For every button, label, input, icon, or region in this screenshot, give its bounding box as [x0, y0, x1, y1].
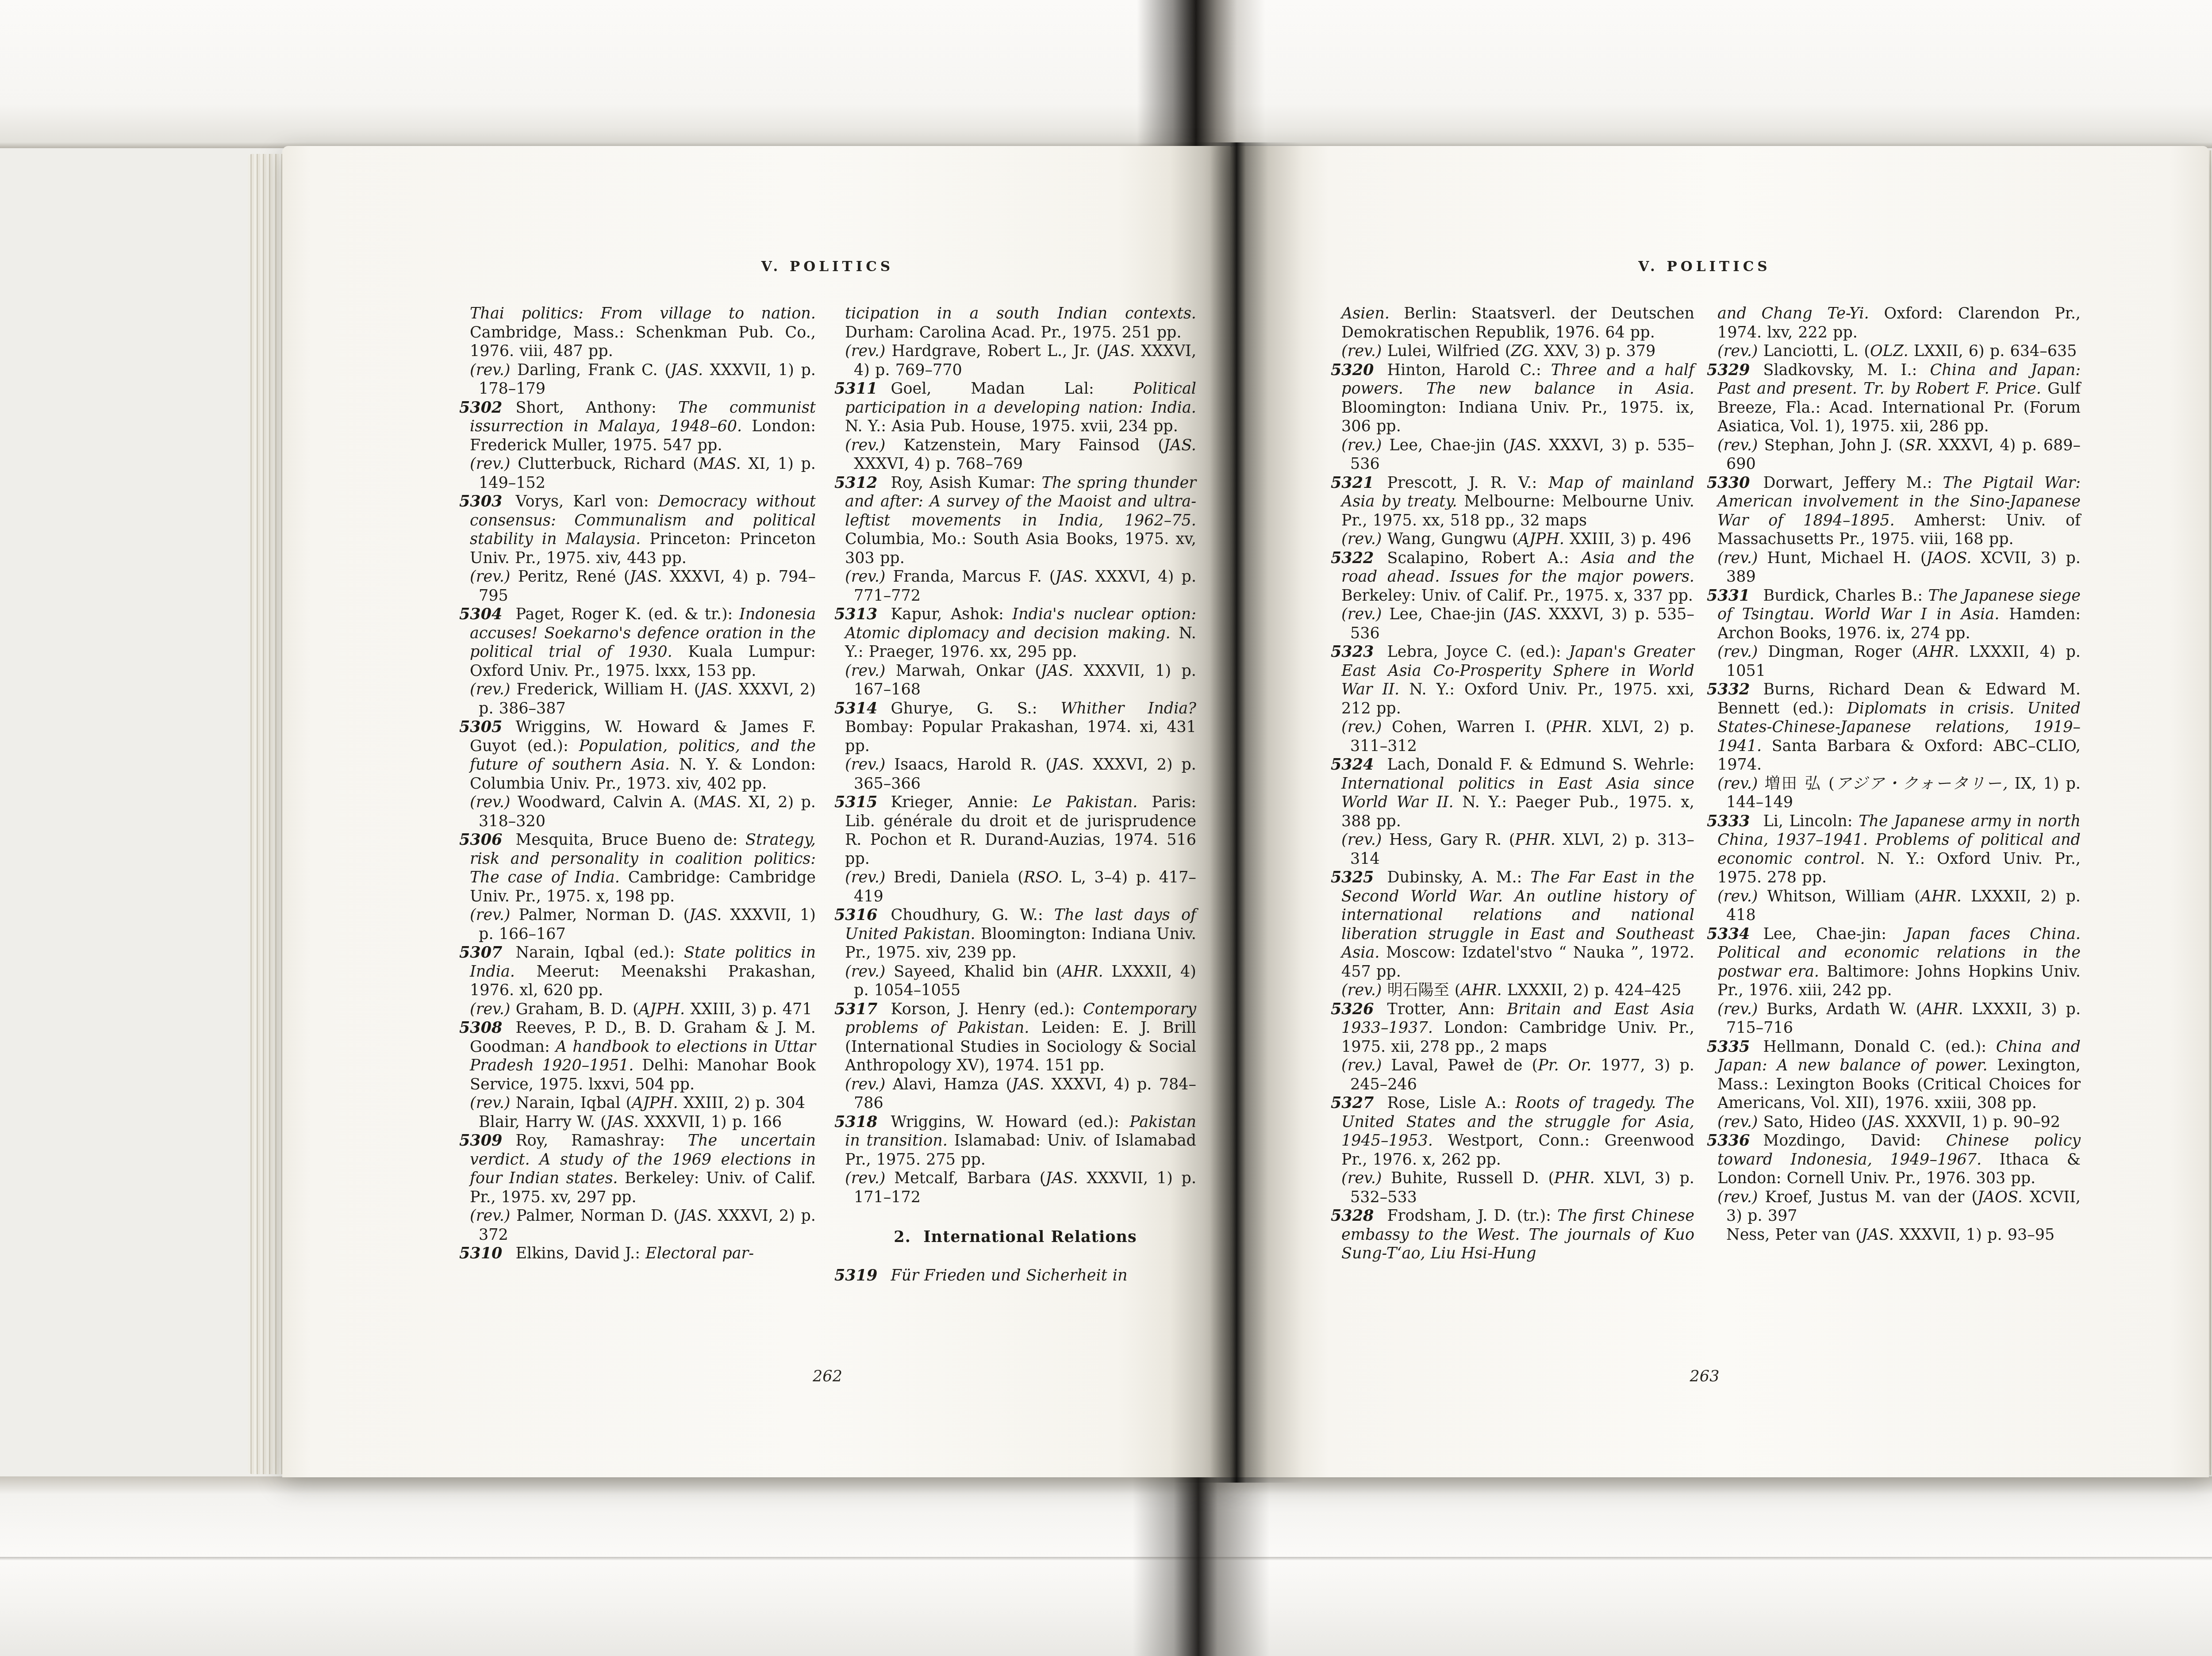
entry-continuation: Asien. Berlin: Staatsverl. der Deutschen…: [1331, 304, 1694, 342]
text-run: Thai politics: From village to nation.: [470, 305, 816, 322]
entry-number: 5332: [1707, 680, 1750, 698]
entry-number: 5336: [1707, 1131, 1750, 1150]
bib-entry: 5318Wriggins, W. Howard (ed.): Pakistan …: [834, 1113, 1196, 1169]
text-run: SR.: [1905, 437, 1932, 454]
bib-entry: 5329Sladkovsky, M. I.: China and Japan: …: [1707, 361, 2081, 436]
text-run: Burks, Ardath W. (: [1758, 1000, 1922, 1018]
right-page: V. POLITICS Asien. Berlin: Staatsverl. d…: [1231, 146, 2209, 1477]
review-line: (rev.) Lee, Chae-jin (JAS. XXXVI, 3) p. …: [1331, 605, 1694, 643]
text-run: JAS.: [1102, 342, 1135, 360]
entry-number: 5323: [1331, 643, 1374, 661]
review-line: (rev.) Darling, Frank C. (JAS. XXXVII, 1…: [459, 361, 816, 399]
review-line: (rev.) Bredi, Daniela (RSO. L, 3–4) p. 4…: [834, 868, 1196, 906]
review-line: (rev.) 明石陽至 (AHR. LXXXII, 2) p. 424–425: [1331, 981, 1694, 1000]
text-run: Kapur, Ashok:: [891, 606, 1012, 623]
review-line: (rev.) Palmer, Norman D. (JAS. XXXVII, 1…: [459, 906, 816, 943]
bib-entry: 5316Choudhury, G. W.: The last days of U…: [834, 906, 1196, 962]
bib-entry: 5327Rose, Lisle A.: Roots of tragedy. Th…: [1331, 1094, 1694, 1169]
text-run: (rev.): [1341, 606, 1382, 623]
text-run: AHR.: [1922, 1000, 1963, 1018]
text-run: Columbia, Mo.: South Asia Books, 1975. x…: [845, 530, 1196, 567]
text-run: Cambridge, Mass.: Schenkman Pub. Co., 19…: [470, 324, 816, 360]
text-run: XXV, 3) p. 379: [1538, 342, 1655, 360]
bib-entry: 5314Ghurye, G. S.: Whither India? Bombay…: [834, 699, 1196, 756]
text-run: XXXVII, 1) p. 93–95: [1894, 1226, 2055, 1244]
text-run: Short, Anthony:: [515, 399, 678, 417]
review-line: Blair, Harry W. (JAS. XXXVII, 1) p. 166: [459, 1113, 816, 1132]
text-run: 明石陽至 (: [1382, 981, 1461, 999]
text-run: Burdick, Charles B.:: [1763, 587, 1928, 605]
review-line: Ness, Peter van (JAS. XXXVII, 1) p. 93–9…: [1707, 1226, 2081, 1245]
text-run: AHR.: [1918, 643, 1959, 661]
text-run: (rev.): [470, 1207, 511, 1225]
text-run: Asien.: [1341, 305, 1390, 322]
bib-entry: 5322Scalapino, Robert A.: Asia and the r…: [1331, 549, 1694, 606]
entry-number: 5309: [459, 1131, 502, 1150]
page-number-left: 262: [459, 1368, 1196, 1385]
review-line: (rev.) Hunt, Michael H. (JAOS. XCVII, 3)…: [1707, 549, 2081, 586]
entry-number: 5333: [1707, 812, 1750, 830]
text-run: JAS.: [700, 681, 733, 698]
text-run: Electoral par-: [645, 1245, 754, 1262]
entry-number: 5313: [834, 605, 877, 623]
text-run: Meerut: Meenakshi Prakashan, 1976. xl, 6…: [470, 963, 816, 1000]
review-line: (rev.) Graham, B. D. (AJPH. XXIII, 3) p.…: [459, 1000, 816, 1019]
review-line: (rev.) Isaacs, Harold R. (JAS. XXXVI, 2)…: [834, 755, 1196, 793]
text-run: (rev.): [1717, 342, 1758, 360]
text-run: RSO.: [1024, 869, 1063, 886]
review-line: (rev.) Wang, Gungwu (AJPH. XXIII, 3) p. …: [1331, 530, 1694, 549]
text-run: AJPH.: [632, 1094, 678, 1112]
text-run: Blair, Harry W. (: [479, 1113, 607, 1131]
text-run: JAS.: [1862, 1226, 1894, 1244]
page-stack-edge-left: [248, 154, 284, 1474]
text-run: Goel, Madan Lal:: [891, 380, 1133, 398]
text-run: Clutterbuck, Richard (: [511, 455, 699, 473]
text-run: Dorwart, Jeffery M.:: [1763, 474, 1943, 492]
text-run: Franda, Marcus F. (: [886, 568, 1056, 586]
text-run: Woodward, Calvin A. (: [511, 793, 699, 811]
entry-number: 5318: [834, 1113, 877, 1131]
text-run: JAS.: [671, 361, 703, 379]
book-top-edge: [0, 0, 2212, 148]
text-run: Ghurye, G. S.:: [891, 700, 1060, 717]
text-run: ZG.: [1511, 342, 1538, 360]
text-run: (rev.): [845, 1169, 886, 1187]
text-run: (rev.): [1341, 1057, 1382, 1074]
text-run: Moscow: Izdatel'stvo “ Nauka ”, 1972. 45…: [1341, 944, 1694, 981]
bib-entry: 5335Hellmann, Donald C. (ed.): China and…: [1707, 1038, 2081, 1113]
text-run: XXXVII, 1) p. 90–92: [1900, 1113, 2060, 1131]
review-line: (rev.) Cohen, Warren I. (PHR. XLVI, 2) p…: [1331, 718, 1694, 755]
text-run: (rev.): [1341, 530, 1382, 548]
review-line: (rev.) Narain, Iqbal (AJPH. XXIII, 2) p.…: [459, 1094, 816, 1113]
review-line: (rev.) Metcalf, Barbara (JAS. XXXVII, 1)…: [834, 1169, 1196, 1207]
text-run: Metcalf, Barbara (: [886, 1169, 1046, 1187]
entry-number: 5331: [1707, 586, 1750, 605]
text-run: JAS.: [1509, 606, 1541, 623]
text-run: (rev.): [1717, 1113, 1758, 1131]
text-run: PHR.: [1551, 718, 1592, 736]
text-run: Lebra, Joyce C. (ed.):: [1387, 643, 1569, 661]
bib-entry: 5311Goel, Madan Lal: Political participa…: [834, 379, 1196, 436]
text-run: Berkeley: Univ. of Calif. Pr., 1975. x, …: [1341, 587, 1693, 605]
bib-entry: 5320Hinton, Harold C.: Three and a half …: [1331, 361, 1694, 436]
entry-number: 5330: [1707, 474, 1750, 492]
page-number-right: 263: [1331, 1368, 2078, 1385]
book-scan: V. POLITICS Thai politics: From village …: [0, 0, 2212, 1656]
review-line: (rev.) Woodward, Calvin A. (MAS. XI, 2) …: [459, 793, 816, 831]
text-run: (rev.): [1717, 643, 1758, 661]
bib-entry: 5312Roy, Asish Kumar: The spring thunder…: [834, 474, 1196, 568]
text-run: Bredi, Daniela (: [886, 869, 1024, 886]
review-line: (rev.) Dingman, Roger (AHR. LXXXII, 4) p…: [1707, 643, 2081, 680]
text-run: AJPH.: [1518, 530, 1564, 548]
review-line: (rev.) Clutterbuck, Richard (MAS. XI, 1)…: [459, 455, 816, 492]
text-run: (rev.): [845, 1076, 886, 1093]
bib-entry: 5303Vorys, Karl von: Democracy without c…: [459, 492, 816, 567]
text-run: Lanciotti, L. (: [1758, 342, 1870, 360]
text-run: JAS.: [1055, 568, 1087, 586]
text-run: LXXII, 6) p. 634–635: [1909, 342, 2077, 360]
section-heading: 2. International Relations: [834, 1228, 1196, 1247]
review-line: (rev.) Palmer, Norman D. (JAS. XXXVI, 2)…: [459, 1207, 816, 1244]
text-run: Katzenstein, Mary Fainsod (: [886, 437, 1164, 454]
entry-number: 5335: [1707, 1038, 1750, 1056]
text-run: Sato, Hideo (: [1758, 1113, 1867, 1131]
review-line: (rev.) Alavi, Hamza (JAS. XXXVI, 4) p. 7…: [834, 1075, 1196, 1113]
bib-entry: 5304Paget, Roger K. (ed. & tr.): Indones…: [459, 605, 816, 680]
text-run: Korson, J. Henry (ed.):: [891, 1000, 1083, 1018]
text-run: Lee, Chae-jin:: [1763, 925, 1905, 943]
text-run: Graham, B. D. (: [511, 1000, 639, 1018]
text-run: JAS.: [1509, 437, 1541, 454]
review-line: (rev.) Sayeed, Khalid bin (AHR. LXXXII, …: [834, 962, 1196, 1000]
text-run: Dingman, Roger (: [1758, 643, 1918, 661]
text-run: (rev.): [1341, 437, 1382, 454]
text-run: (rev.): [470, 361, 511, 379]
review-line: (rev.) Stephan, John J. (SR. XXXVI, 4) p…: [1707, 436, 2081, 474]
text-run: JAS.: [680, 1207, 712, 1225]
text-run: Trotter, Ann:: [1387, 1000, 1507, 1018]
text-run: (rev.): [845, 662, 886, 680]
review-line: (rev.) Sato, Hideo (JAS. XXXVII, 1) p. 9…: [1707, 1113, 2081, 1132]
entry-number: 5314: [834, 699, 877, 717]
text-run: JAOS.: [1926, 549, 1971, 567]
bib-entry: 5325Dubinsky, A. M.: The Far East in the…: [1331, 868, 1694, 981]
text-run: LXXXII, 2) p. 424–425: [1502, 981, 1682, 999]
left-page-column-2: ticipation in a south Indian contexts. D…: [834, 304, 1196, 1285]
right-page-column-2: and Chang Te-Yi. Oxford: Clarendon Pr., …: [1707, 304, 2081, 1244]
bib-entry: 5305Wriggins, W. Howard & James F. Guyot…: [459, 718, 816, 793]
bib-entry: 5323Lebra, Joyce C. (ed.): Japan's Great…: [1331, 643, 1694, 718]
text-run: Lee, Chae-jin (: [1382, 606, 1509, 623]
bib-entry: 5334Lee, Chae-jin: Japan faces China. Po…: [1707, 925, 2081, 1000]
text-run: and Chang Te-Yi.: [1717, 305, 1869, 322]
text-run: Sayeed, Khalid bin (: [886, 963, 1062, 981]
entry-number: 5302: [459, 399, 502, 417]
text-run: (rev.): [845, 342, 886, 360]
bib-entry: 5336Mozdingo, David: Chinese policy towa…: [1707, 1131, 2081, 1188]
text-run: JAS.: [630, 568, 662, 586]
bib-entry: 5309Roy, Ramashray: The uncertain verdic…: [459, 1131, 816, 1207]
text-run: AHR.: [1062, 963, 1103, 981]
text-run: (rev.): [1717, 888, 1758, 905]
text-run: アジア・クォータリー,: [1835, 775, 2008, 793]
review-line: (rev.) Franda, Marcus F. (JAS. XXXVI, 4)…: [834, 567, 1196, 605]
text-run: XXIII, 2) p. 304: [678, 1094, 805, 1112]
text-run: (rev.): [470, 793, 511, 811]
text-run: Hunt, Michael H. (: [1758, 549, 1927, 567]
text-run: Narain, Iqbal (: [511, 1094, 632, 1112]
text-run: Krieger, Annie:: [891, 793, 1032, 811]
running-head-left: V. POLITICS: [459, 259, 1196, 275]
text-run: Palmer, Norman D. (: [511, 906, 690, 924]
running-head-right: V. POLITICS: [1331, 259, 2078, 275]
review-line: (rev.) Hardgrave, Robert L., Jr. (JAS. X…: [834, 342, 1196, 379]
text-run: Le Pakistan.: [1033, 793, 1138, 811]
text-run: XXXVI, 4) p. 768–769: [854, 455, 1023, 473]
right-page-column-1: Asien. Berlin: Staatsverl. der Deutschen…: [1331, 304, 1694, 1263]
text-run: Marwah, Onkar (: [886, 662, 1041, 680]
review-line: (rev.) Buhite, Russell D. (PHR. XLVI, 3)…: [1331, 1169, 1694, 1207]
text-run: Lulei, Wilfried (: [1382, 342, 1511, 360]
bib-entry: 5307Narain, Iqbal (ed.): State politics …: [459, 943, 816, 1000]
text-run: Choudhury, G. W.:: [891, 906, 1054, 924]
text-run: MAS.: [699, 455, 741, 473]
book-bottom-edge: [0, 1476, 2212, 1656]
text-run: (rev.): [470, 455, 511, 473]
text-run: Hellmann, Donald C. (ed.):: [1763, 1038, 1996, 1056]
text-run: Wang, Gungwu (: [1382, 530, 1518, 548]
text-run: JAS.: [1164, 437, 1196, 454]
entry-number: 5322: [1331, 549, 1374, 567]
review-line: (rev.) Hess, Gary R. (PHR. XLVI, 2) p. 3…: [1331, 831, 1694, 868]
text-run: Buhite, Russell D. (: [1382, 1169, 1555, 1187]
text-run: Rose, Lisle A.:: [1387, 1094, 1515, 1112]
text-run: Ness, Peter van (: [1726, 1226, 1862, 1244]
bib-entry: 5333Li, Lincoln: The Japanese army in no…: [1707, 812, 2081, 887]
bib-entry: 5310Elkins, David J.: Electoral par-: [459, 1244, 816, 1263]
text-run: Mozdingo, David:: [1763, 1132, 1946, 1150]
text-run: Bloomington: Indiana Univ. Pr., 1975. ix…: [1341, 399, 1694, 436]
text-run: Whitson, William (: [1758, 888, 1920, 905]
text-run: JAS.: [1041, 662, 1073, 680]
text-run: (rev.): [470, 1094, 511, 1112]
bib-entry: 5313Kapur, Ashok: India's nuclear option…: [834, 605, 1196, 662]
text-run: Bombay: Popular Prakashan, 1974. xi, 431…: [845, 718, 1196, 755]
review-line: (rev.) Katzenstein, Mary Fainsod (JAS. X…: [834, 436, 1196, 474]
bib-entry: 5321Prescott, J. R. V.: Map of mainland …: [1331, 474, 1694, 530]
bib-entry: 5331Burdick, Charles B.: The Japanese si…: [1707, 586, 2081, 643]
text-run: Li, Lincoln:: [1763, 813, 1859, 830]
text-run: Kroef, Justus M. van der (: [1758, 1188, 1978, 1206]
text-run: PHR.: [1554, 1169, 1595, 1187]
entry-number: 5329: [1707, 361, 1750, 379]
entry-number: 5311: [834, 379, 877, 398]
bib-entry: 5306Mesquita, Bruce Bueno de: Strategy, …: [459, 831, 816, 906]
text-run: Paget, Roger K. (ed. & tr.):: [515, 606, 739, 623]
text-run: (rev.): [1341, 831, 1382, 849]
entry-number: 5325: [1331, 868, 1374, 886]
left-page-column-1: Thai politics: From village to nation. C…: [459, 304, 816, 1263]
entry-continuation: Thai politics: From village to nation. C…: [459, 304, 816, 361]
text-run: 2. International Relations: [894, 1228, 1137, 1246]
entry-number: 5306: [459, 831, 502, 849]
entry-number: 5326: [1331, 1000, 1374, 1018]
text-run: Berlin: Staatsverl. der Deutschen Demokr…: [1341, 305, 1694, 341]
text-run: AHR.: [1920, 888, 1962, 905]
spine-shadow-bottom: [1133, 1476, 1270, 1656]
text-run: Alavi, Hamza (: [886, 1076, 1012, 1093]
text-run: Dubinsky, A. M.:: [1387, 869, 1530, 886]
text-run: (rev.): [1341, 981, 1382, 999]
entry-number: 5319: [834, 1266, 877, 1284]
text-run: Whither India?: [1061, 700, 1196, 717]
text-run: (rev.): [1717, 775, 1758, 793]
entry-number: 5327: [1331, 1094, 1374, 1112]
review-line: (rev.) Kroef, Justus M. van der (JAOS. X…: [1707, 1188, 2081, 1226]
text-run: Peritz, René (: [511, 568, 630, 586]
bib-entry: 5328Frodsham, J. D. (tr.): The first Chi…: [1331, 1207, 1694, 1263]
text-run: Narain, Iqbal (ed.):: [515, 944, 684, 962]
bib-entry: 5326Trotter, Ann: Britain and East Asia …: [1331, 1000, 1694, 1057]
entry-number: 5308: [459, 1019, 502, 1037]
review-line: (rev.) Peritz, René (JAS. XXXVI, 4) p. 7…: [459, 567, 816, 605]
entry-number: 5320: [1331, 361, 1374, 379]
text-run: (rev.): [1717, 1000, 1758, 1018]
review-line: (rev.) Frederick, William H. (JAS. XXXVI…: [459, 680, 816, 718]
text-run: Cohen, Warren I. (: [1382, 718, 1552, 736]
text-run: JAS.: [1867, 1113, 1900, 1131]
text-run: (rev.): [470, 906, 511, 924]
review-line: (rev.) Laval, Paweł de (Pr. Or. 1977, 3)…: [1331, 1056, 1694, 1094]
text-run: AHR.: [1460, 981, 1502, 999]
entry-number: 5317: [834, 1000, 877, 1018]
entry-number: 5324: [1331, 755, 1374, 774]
text-run: Durham: Carolina Acad. Pr., 1975. 251 pp…: [845, 324, 1182, 341]
text-run: Frederick, William H. (: [511, 681, 700, 698]
text-run: Palmer, Norman D. (: [511, 1207, 680, 1225]
text-run: Wriggins, W. Howard (ed.):: [891, 1113, 1129, 1131]
text-run: XXXVII, 1) p. 166: [639, 1113, 782, 1131]
review-line: (rev.) Burks, Ardath W. (AHR. LXXXII, 3)…: [1707, 1000, 2081, 1038]
text-run: (rev.): [470, 1000, 511, 1018]
text-run: Isaacs, Harold R. (: [886, 756, 1052, 774]
text-run: (rev.): [470, 681, 511, 698]
text-run: Roy, Ramashray:: [515, 1132, 687, 1150]
text-run: (rev.): [470, 568, 511, 586]
text-run: Vorys, Karl von:: [515, 493, 658, 510]
entry-number: 5315: [834, 793, 877, 811]
text-run: AJPH.: [639, 1000, 685, 1018]
review-line: (rev.) Lanciotti, L. (OLZ. LXXII, 6) p. …: [1707, 342, 2081, 361]
text-run: 増田 弘 (: [1758, 775, 1835, 793]
text-run: Mesquita, Bruce Bueno de:: [515, 831, 745, 849]
text-run: Scalapino, Robert A.:: [1387, 549, 1581, 567]
entry-number: 5312: [834, 474, 877, 492]
left-page: V. POLITICS Thai politics: From village …: [282, 146, 1231, 1477]
text-run: JAOS.: [1978, 1188, 2023, 1206]
text-run: Hinton, Harold C.:: [1387, 361, 1551, 379]
text-run: (rev.): [1717, 437, 1758, 454]
text-run: (rev.): [1717, 1188, 1758, 1206]
spine-shadow-top: [1137, 0, 1265, 148]
text-run: (rev.): [1341, 1169, 1382, 1187]
text-run: Darling, Frank C. (: [511, 361, 671, 379]
text-run: Hardgrave, Robert L., Jr. (: [886, 342, 1102, 360]
entry-continuation: ticipation in a south Indian contexts. D…: [834, 304, 1196, 342]
text-run: Hess, Gary R. (: [1382, 831, 1515, 849]
text-run: (rev.): [845, 963, 886, 981]
bib-entry: 5319Für Frieden und Sicherheit in: [834, 1266, 1196, 1285]
entry-number: 5310: [459, 1244, 502, 1262]
text-run: XXIII, 3) p. 496: [1564, 530, 1691, 548]
text-run: Frodsham, J. D. (tr.):: [1387, 1207, 1557, 1225]
bib-entry: 5315Krieger, Annie: Le Pakistan. Paris: …: [834, 793, 1196, 868]
review-line: (rev.) Marwah, Onkar (JAS. XXXVII, 1) p.…: [834, 662, 1196, 699]
text-run: (rev.): [1341, 718, 1382, 736]
text-run: PHR.: [1515, 831, 1555, 849]
text-run: JAS.: [607, 1113, 639, 1131]
entry-number: 5316: [834, 906, 877, 924]
entry-number: 5303: [459, 492, 502, 510]
entry-number: 5334: [1707, 925, 1750, 943]
text-run: OLZ.: [1870, 342, 1909, 360]
text-run: (rev.): [1717, 549, 1758, 567]
entry-number: 5307: [459, 943, 502, 962]
text-run: Elkins, David J.:: [515, 1245, 645, 1262]
text-run: (rev.): [1341, 342, 1382, 360]
bib-entry: 5330Dorwart, Jeffery M.: The Pigtail War…: [1707, 474, 2081, 549]
entry-number: 5321: [1331, 474, 1374, 492]
text-run: (rev.): [845, 437, 886, 454]
text-run: Prescott, J. R. V.:: [1387, 474, 1548, 492]
text-run: Pr. Or.: [1538, 1057, 1591, 1074]
bib-entry: 5324Lach, Donald F. & Edmund S. Wehrle: …: [1331, 755, 1694, 831]
text-run: Sladkovsky, M. I.:: [1763, 361, 1930, 379]
text-run: ticipation in a south Indian contexts.: [845, 305, 1196, 322]
review-line: (rev.) Lulei, Wilfried (ZG. XXV, 3) p. 3…: [1331, 342, 1694, 361]
text-run: N. Y.: Asia Pub. House, 1975. xvii, 234 …: [845, 418, 1178, 435]
text-run: JAS.: [1046, 1169, 1078, 1187]
text-run: JAS.: [1012, 1076, 1044, 1093]
text-run: Für Frieden und Sicherheit in: [891, 1267, 1127, 1284]
text-run: JAS.: [1052, 756, 1084, 774]
text-run: (rev.): [845, 756, 886, 774]
entry-number: 5328: [1331, 1207, 1374, 1225]
text-run: Roy, Asish Kumar:: [891, 474, 1041, 492]
review-line: (rev.) 増田 弘 (アジア・クォータリー, IX, 1) p. 144–1…: [1707, 774, 2081, 812]
review-line: (rev.) Whitson, William (AHR. LXXXII, 2)…: [1707, 887, 2081, 925]
text-run: Lach, Donald F. & Edmund S. Wehrle:: [1387, 756, 1694, 774]
bib-entry: 5302Short, Anthony: The communist issurr…: [459, 399, 816, 455]
text-run: (rev.): [845, 568, 886, 586]
text-run: Lee, Chae-jin (: [1382, 437, 1509, 454]
text-run: (rev.): [845, 869, 886, 886]
text-run: MAS.: [699, 793, 741, 811]
bib-entry: 5317Korson, J. Henry (ed.): Contemporary…: [834, 1000, 1196, 1075]
review-line: (rev.) Lee, Chae-jin (JAS. XXXVI, 3) p. …: [1331, 436, 1694, 474]
entry-number: 5304: [459, 605, 502, 623]
entry-number: 5305: [459, 718, 502, 736]
text-run: Stephan, John J. (: [1758, 437, 1905, 454]
book-bottom-edge-line: [0, 1557, 2212, 1560]
bib-entry: 5332Burns, Richard Dean & Edward M. Benn…: [1707, 680, 2081, 774]
text-run: XXIII, 3) p. 471: [685, 1000, 812, 1018]
text-run: Santa Barbara & Oxford: ABC–CLIO, 1974.: [1717, 737, 2081, 774]
text-run: JAS.: [689, 906, 722, 924]
